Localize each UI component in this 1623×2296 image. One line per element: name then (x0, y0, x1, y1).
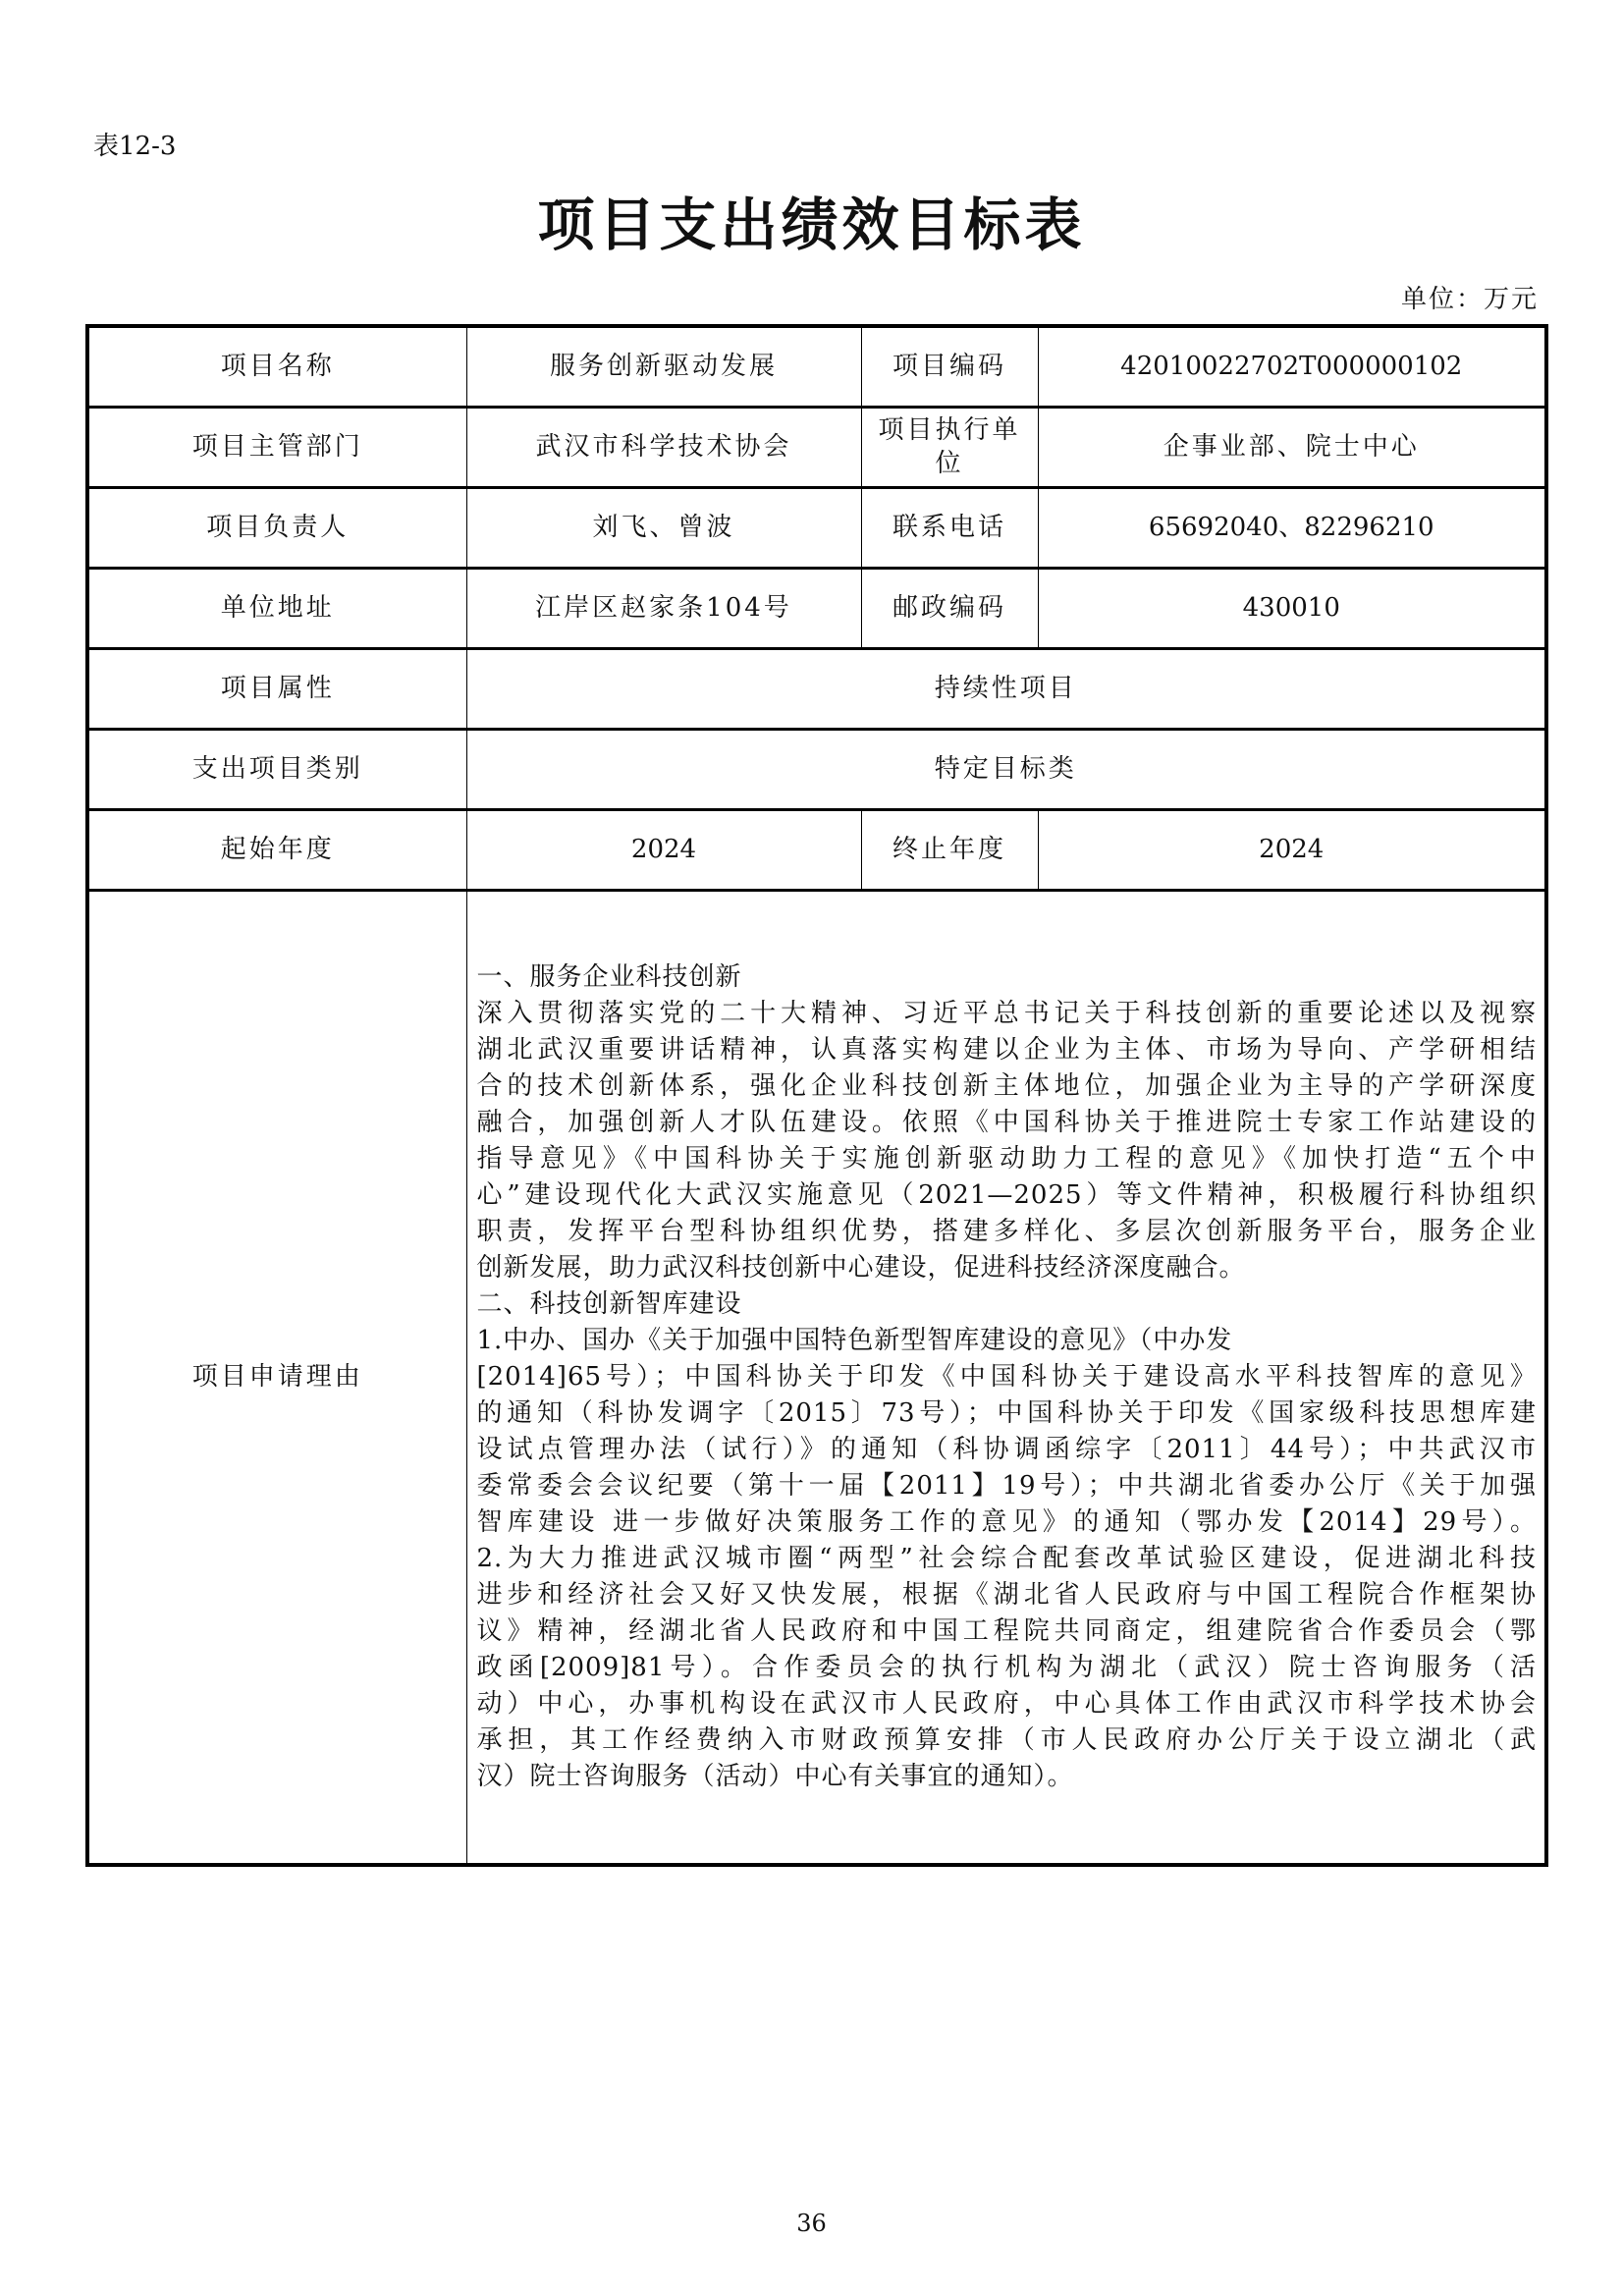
reason-line: 深入贯彻落实党的二十大精神、习近平总书记关于科技创新的重要论述以及视察 (477, 996, 1538, 1032)
reason-line: 一、服务企业科技创新 (477, 959, 1538, 996)
reason-line: 动）中心，办事机构设在武汉市人民政府，中心具体工作由武汉市科学技术协会 (477, 1686, 1538, 1722)
value-project-name: 服务创新驱动发展 (466, 326, 861, 407)
label-executing-unit: 项目执行单位 (861, 407, 1038, 487)
table-row-category: 支出项目类别 特定目标类 (87, 729, 1546, 809)
value-project-leader: 刘飞、曾波 (466, 487, 861, 568)
reason-line: 2.为大力推进武汉城市圈“两型”社会综合配套改革试验区建设，促进湖北科技 (477, 1541, 1538, 1577)
label-start-year: 起始年度 (87, 809, 466, 890)
performance-target-table: 项目名称 服务创新驱动发展 项目编码 42010022702T000000102… (85, 324, 1548, 1867)
value-end-year: 2024 (1038, 809, 1546, 890)
label-phone: 联系电话 (861, 487, 1038, 568)
page-title: 项目支出绩效目标表 (0, 179, 1623, 261)
label-end-year: 终止年度 (861, 809, 1038, 890)
label-expenditure-category: 支出项目类别 (87, 729, 466, 809)
value-project-attribute: 持续性项目 (466, 648, 1546, 729)
table-number: 表12-3 (93, 126, 176, 162)
value-executing-unit: 企事业部、院士中心 (1038, 407, 1546, 487)
application-reason-text: 一、服务企业科技创新 深入贯彻落实党的二十大精神、习近平总书记关于科技创新的重要… (466, 890, 1546, 1865)
reason-line: 汉）院士咨询服务（活动）中心有关事宜的通知）。 (477, 1759, 1538, 1795)
value-start-year: 2024 (466, 809, 861, 890)
unit-label: 单位：万元 (1401, 279, 1539, 315)
reason-line: 承担，其工作经费纳入市财政预算安排（市人民政府办公厅关于设立湖北（武 (477, 1722, 1538, 1759)
value-postcode: 430010 (1038, 568, 1546, 648)
reason-line: 创新发展，助力武汉科技创新中心建设，促进科技经济深度融合。 (477, 1250, 1538, 1286)
table-row-address: 单位地址 江岸区赵家条104号 邮政编码 430010 (87, 568, 1546, 648)
table-row-contact: 项目负责人 刘飞、曾波 联系电话 65692040、82296210 (87, 487, 1546, 568)
reason-line: 1.中办、国办《关于加强中国特色新型智库建设的意见》（中办发 (477, 1323, 1538, 1359)
value-project-code: 42010022702T000000102 (1038, 326, 1546, 407)
value-expenditure-category: 特定目标类 (466, 729, 1546, 809)
label-project-attribute: 项目属性 (87, 648, 466, 729)
label-competent-department: 项目主管部门 (87, 407, 466, 487)
reason-line: 政函[2009]81号）。合作委员会的执行机构为湖北（武汉）院士咨询服务（活 (477, 1650, 1538, 1686)
reason-line: 设试点管理办法（试行）》的通知（科协调函综字〔2011〕44号）；中共武汉市 (477, 1432, 1538, 1468)
reason-line: 议》精神，经湖北省人民政府和中国工程院共同商定，组建院省合作委员会（鄂 (477, 1613, 1538, 1650)
reason-line: 湖北武汉重要讲话精神，认真落实构建以企业为主体、市场为导向、产学研相结 (477, 1032, 1538, 1068)
reason-line: 指导意见》《中国科协关于实施创新驱动助力工程的意见》《加快打造“五个中 (477, 1141, 1538, 1177)
table-row-reason: 项目申请理由 一、服务企业科技创新 深入贯彻落实党的二十大精神、习近平总书记关于… (87, 890, 1546, 1865)
reason-line: 二、科技创新智库建设 (477, 1286, 1538, 1323)
reason-line: [2014]65号）；中国科协关于印发《中国科协关于建设高水平科技智库的意见》 (477, 1359, 1538, 1395)
reason-line: 合的技术创新体系，强化企业科技创新主体地位，加强企业为主导的产学研深度 (477, 1068, 1538, 1105)
label-project-leader: 项目负责人 (87, 487, 466, 568)
reason-line: 进步和经济社会又好又快发展，根据《湖北省人民政府与中国工程院合作框架协 (477, 1577, 1538, 1613)
label-project-code: 项目编码 (861, 326, 1038, 407)
reason-line: 职责，发挥平台型科协组织优势，搭建多样化、多层次创新服务平台，服务企业 (477, 1214, 1538, 1250)
label-postcode: 邮政编码 (861, 568, 1038, 648)
table-row-years: 起始年度 2024 终止年度 2024 (87, 809, 1546, 890)
label-application-reason: 项目申请理由 (87, 890, 466, 1865)
label-project-name: 项目名称 (87, 326, 466, 407)
reason-line: 心”建设现代化大武汉实施意见（2021—2025）等文件精神，积极履行科协组织 (477, 1177, 1538, 1214)
reason-line: 委常委会会议纪要（第十一届【2011】19号）；中共湖北省委办公厅《关于加强 (477, 1468, 1538, 1504)
label-address: 单位地址 (87, 568, 466, 648)
value-address: 江岸区赵家条104号 (466, 568, 861, 648)
page-number: 36 (0, 2210, 1623, 2237)
reason-line: 的通知（科协发调字〔2015〕73号）；中国科协关于印发《国家级科技思想库建 (477, 1395, 1538, 1432)
reason-line: 智库建设 进一步做好决策服务工作的意见》的通知（鄂办发【2014】29号）。 (477, 1504, 1538, 1541)
table-row-project-name: 项目名称 服务创新驱动发展 项目编码 42010022702T000000102 (87, 326, 1546, 407)
table-row-department: 项目主管部门 武汉市科学技术协会 项目执行单位 企事业部、院士中心 (87, 407, 1546, 487)
value-phone: 65692040、82296210 (1038, 487, 1546, 568)
value-competent-department: 武汉市科学技术协会 (466, 407, 861, 487)
reason-line: 融合，加强创新人才队伍建设。依照《中国科协关于推进院士专家工作站建设的 (477, 1105, 1538, 1141)
table-row-attribute: 项目属性 持续性项目 (87, 648, 1546, 729)
